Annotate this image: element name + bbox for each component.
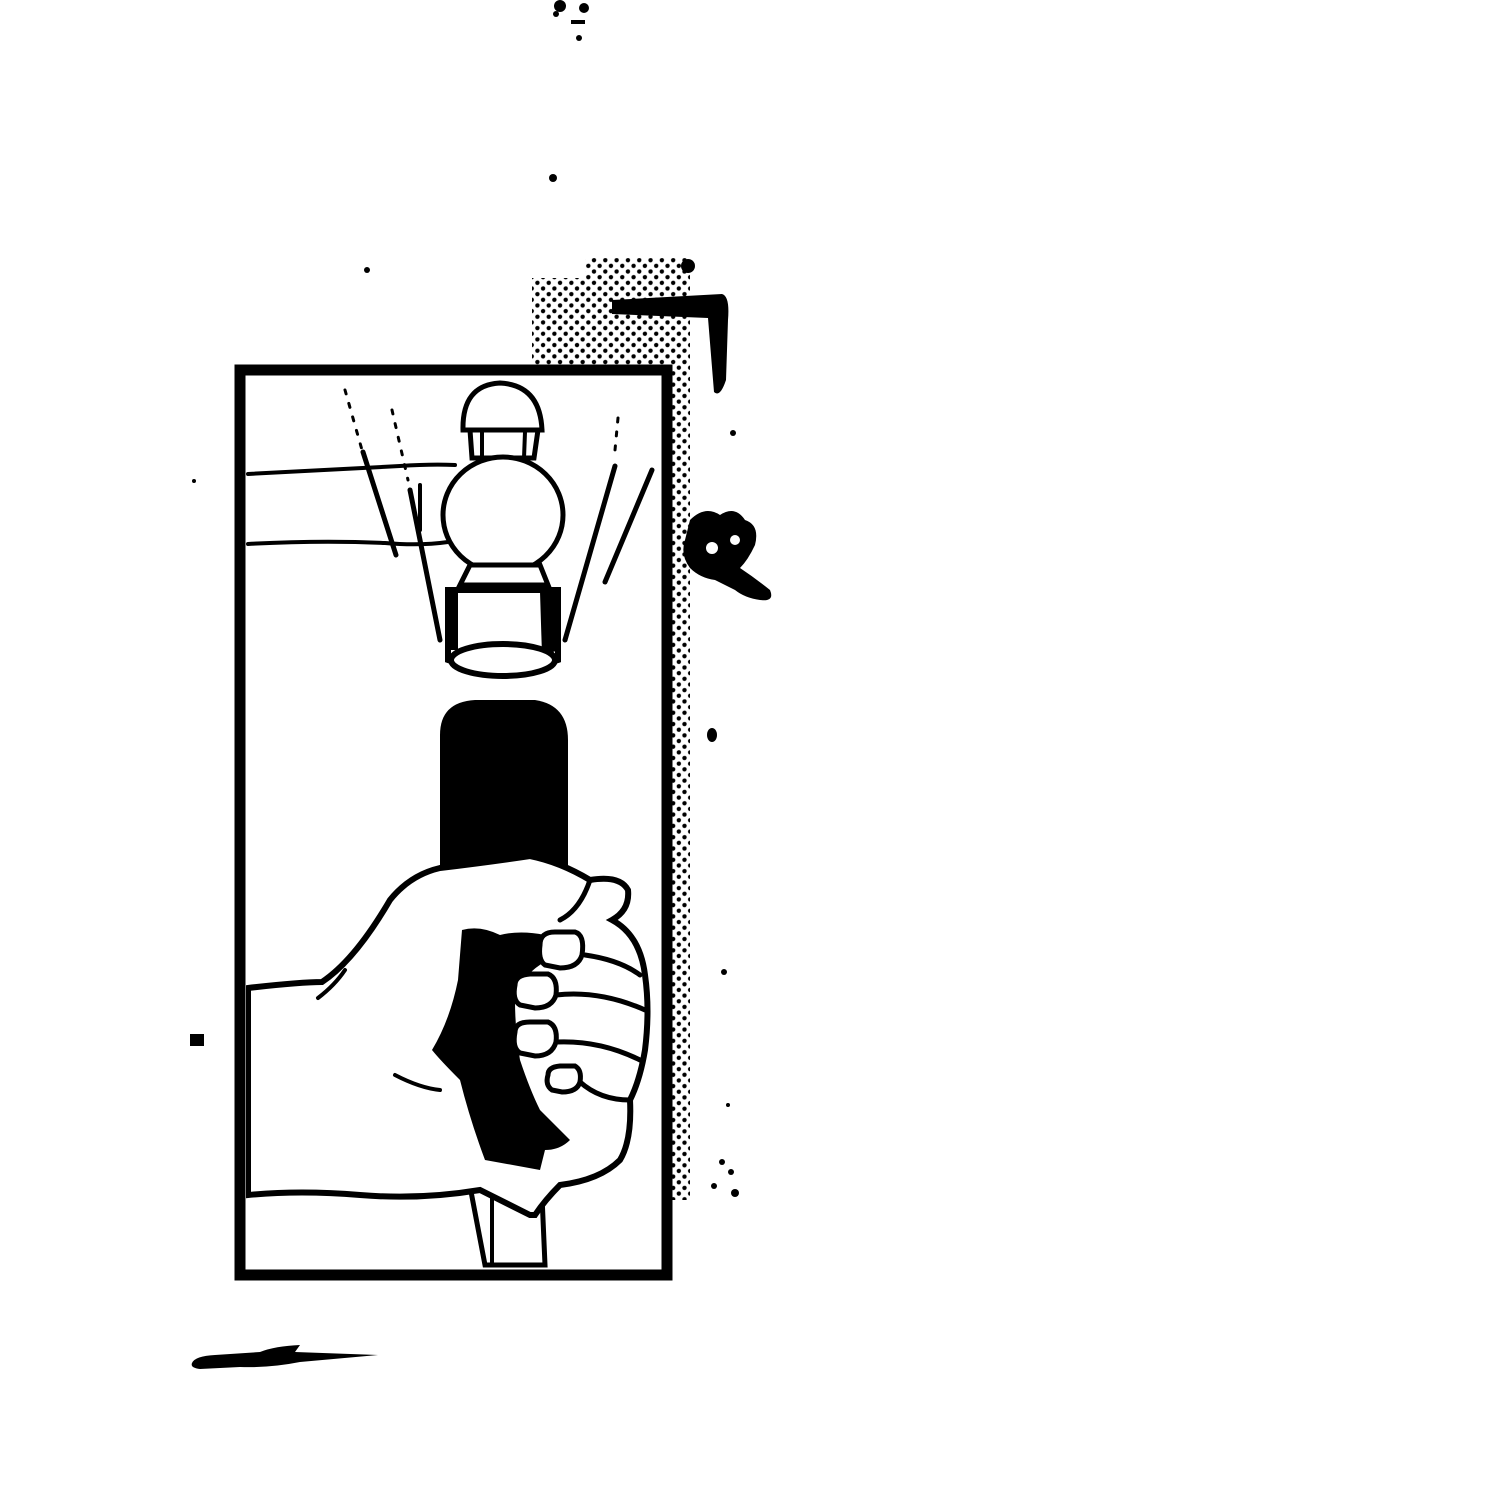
brush-stroke <box>192 1345 378 1369</box>
illustration <box>0 0 1500 1500</box>
ink-blot <box>683 511 771 600</box>
